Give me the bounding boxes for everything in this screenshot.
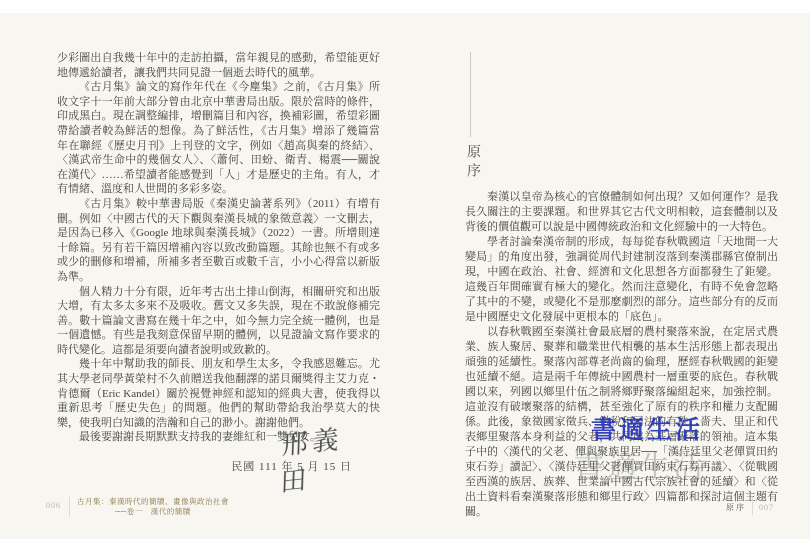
- book-spread: 少彩圖出自我幾十年中的走訪拍攝，當年親見的感動，希望能更好地傳遞給讀者，讓我們共…: [0, 13, 810, 539]
- paragraph: 個人精力十分有限，近年考古出土排山倒海，相關研究和出版大增，有太多太多來不及吸收…: [57, 285, 380, 358]
- paragraph: 《古月集》較中華書局版《秦漢史論著系列》（2011）有增有刪。例如〈中國古代的天…: [57, 197, 380, 285]
- watermark-blue: 書適生活: [591, 410, 703, 446]
- section-title: 原序: [462, 144, 482, 182]
- footer-title-line1: 古月集：秦漢時代的簡牘、畫像與政治社會: [77, 497, 229, 507]
- paragraph: 學者討論秦漢帝制的形成，每每從春秋戰國這「天地間一大變局」的角度出發，強調從周代…: [465, 235, 778, 325]
- paragraph: 秦漢以皇帝為核心的官僚體制如何出現？又如何運作？是我長久關注的主要課題。和世界其…: [465, 190, 778, 235]
- left-footer: 006 古月集：秦漢時代的簡牘、畫像與政治社會 ──卷一 漢代的簡牘: [46, 497, 229, 517]
- section-title-rule: [470, 52, 471, 137]
- date-line: 民國 111 年 5 月 15 日: [57, 458, 352, 474]
- page-number-right: 007: [759, 503, 774, 512]
- footer-divider: [752, 497, 753, 515]
- page-number-left: 006: [46, 501, 61, 510]
- right-footer: 原序 007: [726, 497, 774, 515]
- footer-book-title: 古月集：秦漢時代的簡牘、畫像與政治社會 ──卷一 漢代的簡牘: [77, 497, 229, 516]
- left-page-text: 少彩圖出自我幾十年中的走訪拍攝，當年親見的感動，希望能更好地傳遞給讀者，讓我們共…: [57, 51, 380, 445]
- footer-divider: [69, 497, 70, 517]
- paragraph: 《古月集》論文的寫作年代在《今塵集》之前，《古月集》所收文字十一年前大部分曾由北…: [57, 80, 380, 197]
- paragraph: 少彩圖出自我幾十年中的走訪拍攝，當年親見的感動，希望能更好地傳遞給讀者，讓我們共…: [57, 51, 380, 80]
- footer-title-line2: ──卷一 漢代的簡牘: [77, 507, 229, 517]
- watermark-gray: 書適生活: [574, 442, 706, 486]
- footer-section-label: 原序: [726, 502, 746, 513]
